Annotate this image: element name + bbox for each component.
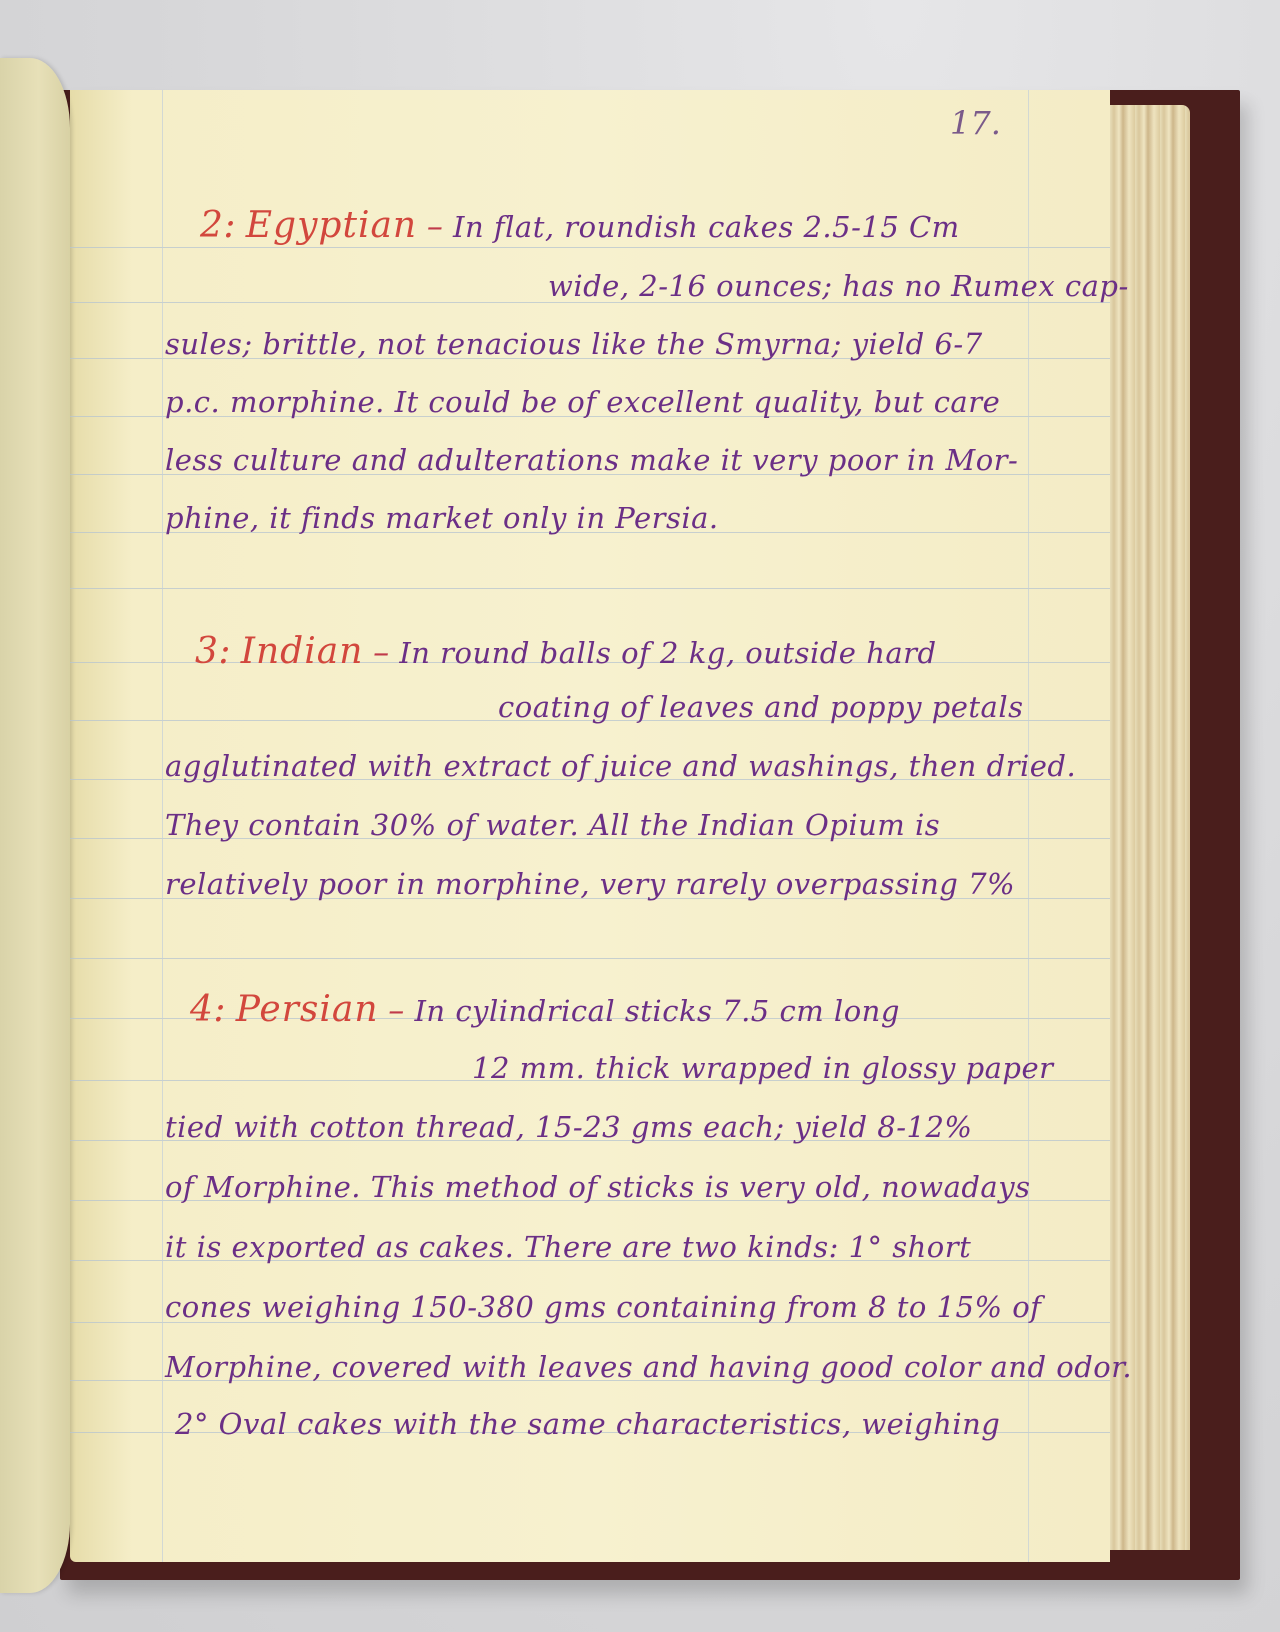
left-page-curl [0,58,70,1593]
section-dash: – [427,207,444,245]
text-line: They contain 30% of water. All the India… [165,811,940,840]
text-line: less culture and adulterations make it v… [165,446,1018,475]
page-number: 17. [950,104,1001,142]
text-line: wide, 2-16 ounces; has no Rumex cap- [548,272,1129,301]
section-number: 2: [200,205,236,246]
text-line: it is exported as cakes. There are two k… [165,1233,971,1262]
text-line: tied with cotton thread, 15-23 gms each;… [165,1113,972,1142]
page-edges [1110,105,1190,1550]
text-line: 2° Oval cakes with the same characterist… [175,1410,1000,1439]
ruled-line [70,588,1110,589]
section-dash: – [373,633,390,671]
text-line: p.c. morphine. It could be of excellent … [165,388,1000,417]
text-line: of Morphine. This method of sticks is ve… [165,1173,1030,1202]
ruled-line [70,247,1110,248]
text-line: relatively poor in morphine, very rarely… [165,870,1015,899]
text-line: In flat, roundish cakes 2.5-15 Cm [453,210,960,244]
text-line: coating of leaves and poppy petals [498,693,1024,722]
text-line: sules; brittle, not tenacious like the S… [165,330,983,359]
text-line: cones weighing 150-380 gms containing fr… [165,1293,1041,1322]
section-indian-heading: 3: Indian – In round balls of 2 kg, outs… [195,634,937,670]
section-number: 4: [190,989,226,1030]
margin-line-right [1028,90,1029,1562]
text-line: agglutinated with extract of juice and w… [165,752,1076,781]
text-line: phine, it finds market only in Persia. [165,504,719,533]
text-line: Morphine, covered with leaves and having… [165,1353,1132,1382]
text-line: In cylindrical sticks 7.5 cm long [414,994,899,1028]
section-number: 3: [195,631,231,672]
section-egyptian-heading: 2: Egyptian – In flat, roundish cakes 2.… [200,208,960,244]
section-name: Persian [236,989,379,1030]
section-persian-heading: 4: Persian – In cylindrical sticks 7.5 c… [190,992,900,1028]
section-name: Egyptian [246,205,417,246]
margin-line-left [162,90,163,1562]
text-line: In round balls of 2 kg, outside hard [399,636,936,670]
text-line: 12 mm. thick wrapped in glossy paper [472,1054,1054,1083]
section-dash: – [388,991,405,1029]
ruled-line [70,958,1110,959]
section-name: Indian [241,631,364,672]
